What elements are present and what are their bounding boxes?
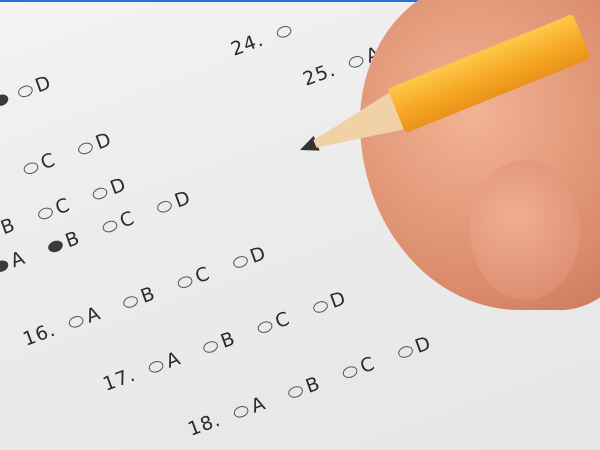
bubble-filled (0, 93, 10, 108)
option-label: A (8, 247, 29, 272)
bubble[interactable] (77, 141, 95, 156)
option-label: C (38, 149, 59, 175)
question-number: 16. (20, 319, 59, 351)
option-label: C (117, 207, 138, 233)
bubble[interactable] (122, 294, 140, 309)
option-label: D (327, 287, 349, 313)
answer-row: 24. (228, 17, 299, 61)
option-label: D (107, 173, 129, 199)
option-label: D (93, 128, 115, 154)
bubble[interactable] (311, 299, 329, 314)
option-label: B (138, 282, 159, 307)
bubble[interactable] (101, 219, 119, 234)
bubble[interactable] (202, 339, 220, 354)
finger (470, 160, 580, 300)
option-label: C (272, 307, 293, 333)
answer-row: D (0, 65, 71, 113)
option-label: B (218, 327, 239, 352)
question-number: 25. (300, 59, 339, 91)
bubble-filled[interactable] (0, 259, 10, 274)
option-label: D (172, 186, 194, 212)
bubble[interactable] (156, 199, 174, 214)
bubble[interactable] (231, 254, 249, 269)
option-label: C (357, 352, 378, 378)
question-number: 24. (228, 29, 267, 61)
bubble[interactable] (17, 84, 35, 99)
answer-row: C D (20, 122, 132, 181)
bubble[interactable] (67, 314, 85, 329)
bubble[interactable] (232, 404, 250, 419)
option-label: A (248, 392, 269, 417)
bubble[interactable] (275, 24, 293, 39)
option-label: B (0, 214, 19, 239)
option-label: D (247, 242, 269, 268)
bubble[interactable] (287, 384, 305, 399)
option-label: C (52, 194, 73, 220)
option-label: D (32, 71, 54, 97)
question-number: 18. (185, 409, 224, 441)
bubble[interactable] (91, 186, 109, 201)
bubble[interactable] (37, 206, 55, 221)
bubble[interactable] (347, 54, 365, 69)
bubble-filled[interactable] (47, 239, 65, 254)
option-label: B (62, 227, 83, 252)
bubble[interactable] (22, 161, 40, 176)
option-label: D (412, 332, 434, 358)
option-label: C (192, 262, 213, 288)
option-label: A (83, 302, 104, 327)
option-label: B (303, 372, 324, 397)
option-label: A (163, 347, 184, 372)
bubble[interactable] (342, 364, 360, 379)
bubble[interactable] (396, 344, 414, 359)
bubble[interactable] (177, 274, 195, 289)
bubble[interactable] (147, 359, 165, 374)
question-number: 17. (100, 364, 139, 396)
bubble[interactable] (257, 319, 275, 334)
